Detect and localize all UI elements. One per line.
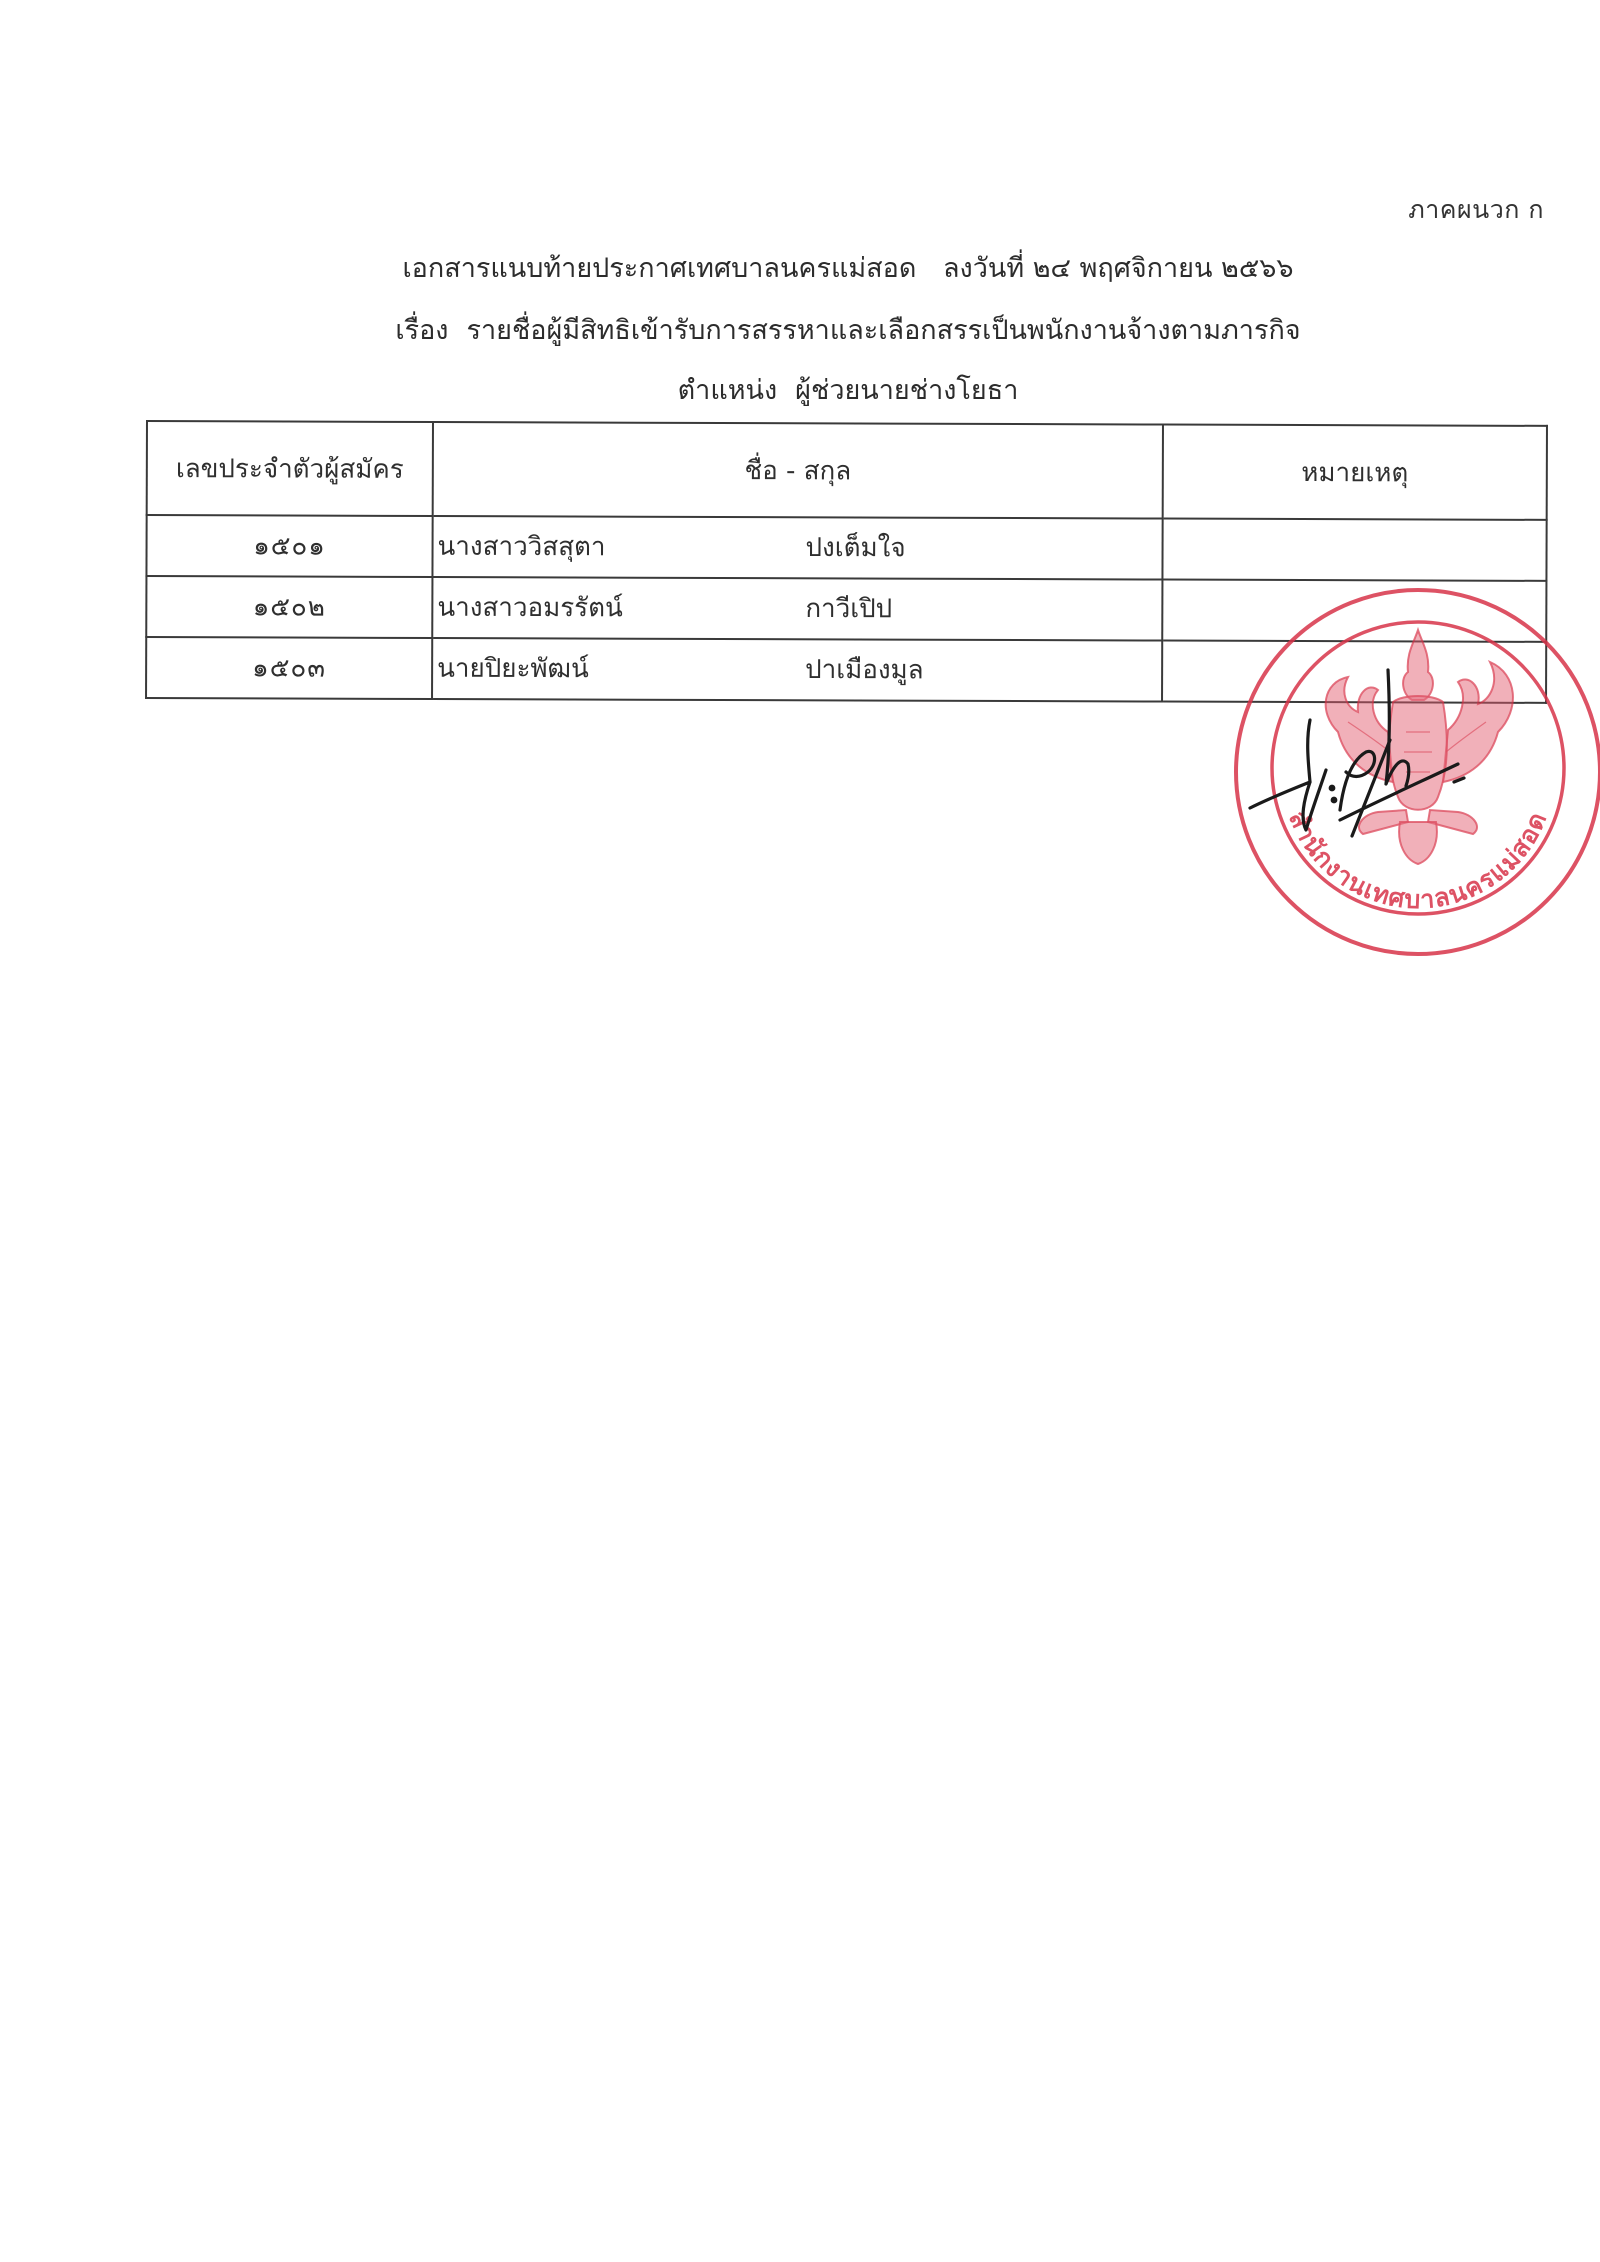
applicant-id-cell: ๑๕๐๒	[146, 576, 432, 638]
heading-date: ๒๔ พฤศจิกายน ๒๕๖๖	[1033, 253, 1294, 284]
remarks-cell	[1162, 580, 1546, 642]
appendix-label: ภาคผนวก ก	[1408, 190, 1544, 230]
applicant-id-cell: ๑๕๐๓	[146, 637, 432, 699]
heading-date-prefix: ลงวันที่	[943, 253, 1024, 284]
document-page: ภาคผนวก ก เอกสารแนบท้ายประกาศเทศบาลนครแม…	[0, 0, 1600, 2262]
table-header-row: เลขประจำตัวผู้สมัคร ชื่อ - สกุล หมายเหตุ	[147, 421, 1547, 520]
position-prefix: ตำแหน่ง	[678, 375, 778, 406]
table-row: ๑๕๐๓ นายปิยะพัฒน์ ปาเมืองมูล	[146, 637, 1546, 703]
last-name: ปาเมืองมูล	[805, 648, 924, 689]
remarks-cell	[1162, 519, 1546, 581]
full-name-cell: นางสาวอมรรัตน์ กาวีเปิป	[432, 577, 1162, 641]
subject-text: รายชื่อผู้มีสิทธิเข้ารับการสรรหาและเลือก…	[467, 315, 1301, 346]
applicants-table-wrapper: เลขประจำตัวผู้สมัคร ชื่อ - สกุล หมายเหตุ…	[145, 420, 1546, 704]
column-header-full-name: ชื่อ - สกุล	[433, 422, 1163, 519]
table-row: ๑๕๐๒ นางสาวอมรรัตน์ กาวีเปิป	[146, 576, 1546, 642]
document-heading-line-1: เอกสารแนบท้ายประกาศเทศบาลนครแม่สอด ลงวัน…	[48, 246, 1600, 289]
table-row: ๑๕๐๑ นางสาววิสสุตา ปงเต็มใจ	[146, 515, 1546, 581]
first-name: นางสาวอมรรัตน์	[437, 586, 623, 628]
last-name: กาวีเปิป	[805, 587, 892, 628]
full-name-cell: นายปิยะพัฒน์ ปาเมืองมูล	[432, 638, 1162, 702]
svg-text:สำนักงานเทศบาลนครแม่สอด: สำนักงานเทศบาลนครแม่สอด	[1283, 806, 1552, 914]
heading-title: เอกสารแนบท้ายประกาศเทศบาลนครแม่สอด	[402, 253, 916, 284]
applicants-table: เลขประจำตัวผู้สมัคร ชื่อ - สกุล หมายเหตุ…	[145, 420, 1548, 704]
remarks-cell	[1162, 641, 1546, 703]
document-heading-line-3: ตำแหน่งผู้ช่วยนายช่างโยธา	[48, 368, 1600, 411]
stamp-text: สำนักงานเทศบาลนครแม่สอด	[1283, 806, 1552, 914]
full-name-cell: นางสาววิสสุตา ปงเต็มใจ	[432, 516, 1162, 580]
first-name: นายปิยะพัฒน์	[437, 647, 589, 689]
position-text: ผู้ช่วยนายช่างโยธา	[795, 375, 1018, 406]
column-header-applicant-id: เลขประจำตัวผู้สมัคร	[147, 421, 433, 516]
document-heading-line-2: เรื่องรายชื่อผู้มีสิทธิเข้ารับการสรรหาแล…	[48, 308, 1600, 351]
subject-prefix: เรื่อง	[395, 315, 448, 346]
column-header-remarks: หมายเหตุ	[1163, 425, 1547, 520]
applicant-id-cell: ๑๕๐๑	[146, 515, 432, 577]
last-name: ปงเต็มใจ	[805, 526, 905, 567]
first-name: นางสาววิสสุตา	[437, 525, 605, 567]
